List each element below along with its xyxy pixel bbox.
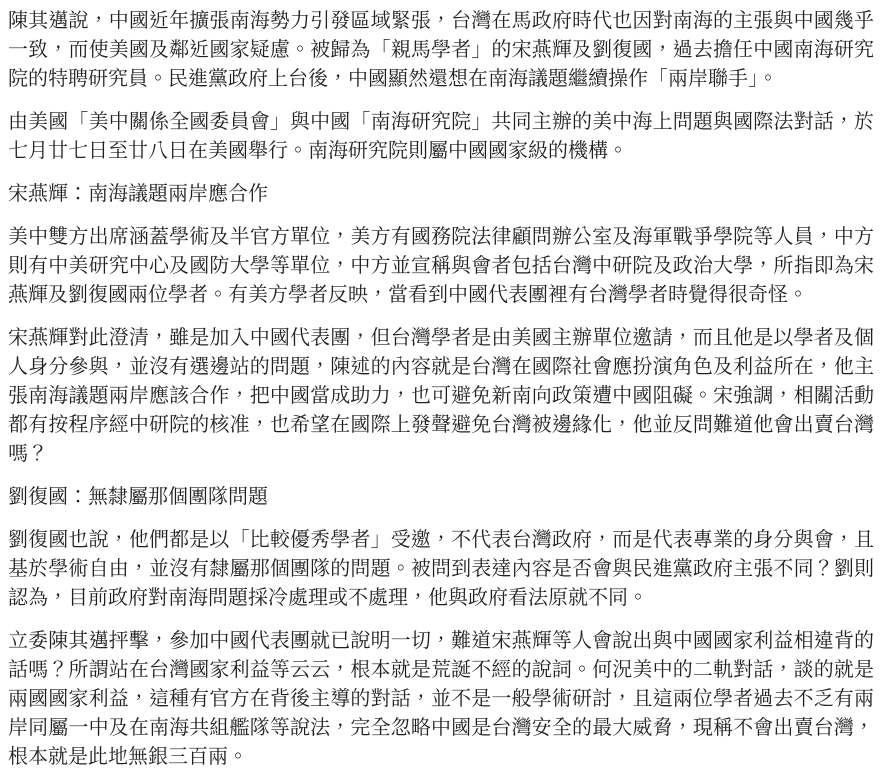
page: { "page": { "background_color": "#ffffff…	[0, 0, 882, 778]
section-heading: 劉復國：無隸屬那個團隊問題	[8, 483, 874, 512]
section-heading: 宋燕輝：南海議題兩岸應合作	[8, 180, 874, 209]
article-paragraph: 立委陳其邁抨擊，參加中國代表團就已說明一切，難道宋燕輝等人會說出與中國國家利益相…	[8, 627, 874, 772]
article-body: 陳其邁說，中國近年擴張南海勢力引發區域緊張，台灣在馬政府時代也因對南海的主張與中…	[0, 0, 882, 778]
article-paragraph: 美中雙方出席涵蓋學術及半官方單位，美方有國務院法律顧問辦公室及海軍戰爭學院等人員…	[8, 223, 874, 310]
article-paragraph: 宋燕輝對此澄清，雖是加入中國代表團，但台灣學者是由美國主辦單位邀請，而且他是以學…	[8, 324, 874, 469]
article-paragraph: 由美國「美中關係全國委員會」與中國「南海研究院」共同主辦的美中海上問題與國際法對…	[8, 108, 874, 166]
article-paragraph: 劉復國也說，他們都是以「比較優秀學者」受邀，不代表台灣政府，而是代表專業的身分與…	[8, 526, 874, 613]
article-paragraph: 陳其邁說，中國近年擴張南海勢力引發區域緊張，台灣在馬政府時代也因對南海的主張與中…	[8, 7, 874, 94]
